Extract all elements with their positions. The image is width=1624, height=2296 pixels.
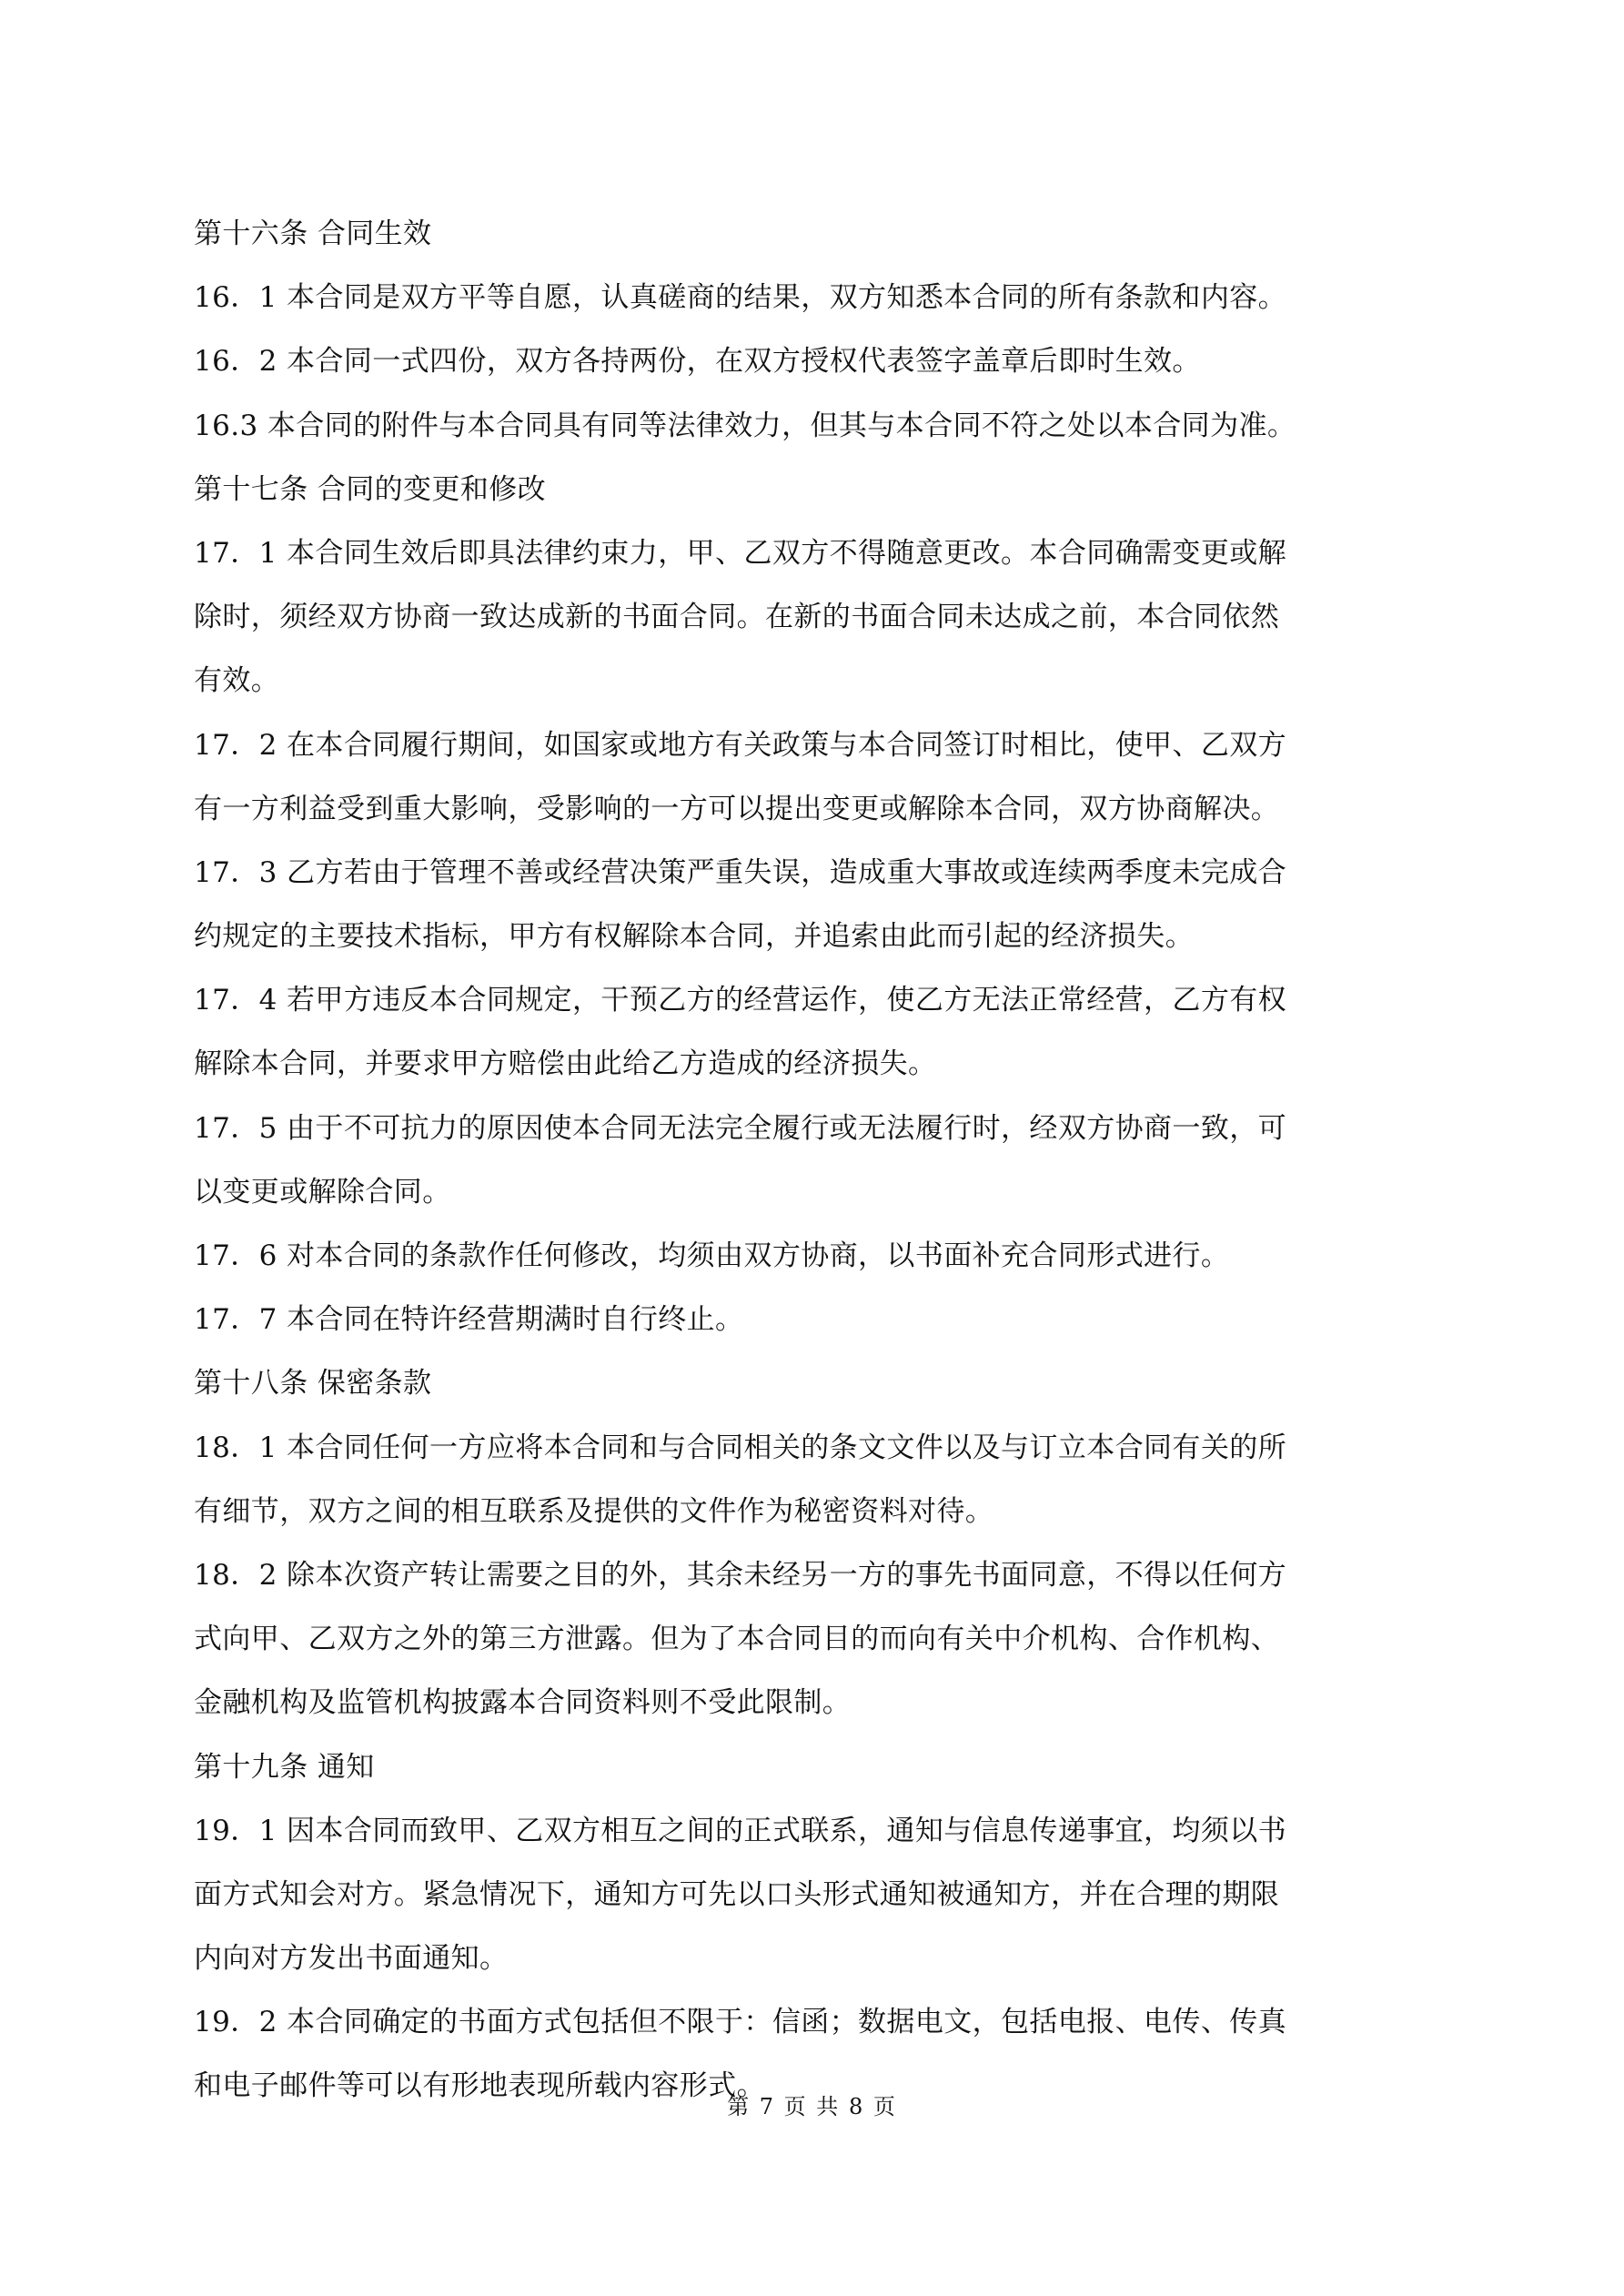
clause-17-1: 17．1 本合同生效后即具法律约束力，甲、乙双方不得随意更改。本合同确需变更或解 (194, 521, 1440, 585)
clause-17-1-cont-1: 除时，须经双方协商一致达成新的书面合同。在新的书面合同未达成之前，本合同依然 (194, 585, 1440, 649)
clause-18-2: 18．2 除本次资产转让需要之目的外，其余未经另一方的事先书面同意，不得以任何方 (194, 1543, 1440, 1607)
document-page: 第十六条 合同生效 16．1 本合同是双方平等自愿，认真磋商的结果，双方知悉本合… (0, 0, 1624, 2296)
article-18-heading: 第十八条 保密条款 (194, 1351, 1440, 1415)
clause-19-2: 19．2 本合同确定的书面方式包括但不限于：信函；数据电文，包括电报、电传、传真 (194, 1990, 1440, 2054)
clause-19-1: 19．1 因本合同而致甲、乙双方相互之间的正式联系，通知与信息传递事宜，均须以书 (194, 1799, 1440, 1863)
clause-17-7: 17．7 本合同在特许经营期满时自行终止。 (194, 1288, 1440, 1351)
clause-17-4: 17．4 若甲方违反本合同规定，干预乙方的经营运作，使乙方无法正常经营，乙方有权 (194, 968, 1440, 1032)
clause-18-1-cont: 有细节，双方之间的相互联系及提供的文件作为秘密资料对待。 (194, 1480, 1440, 1543)
clause-17-5: 17．5 由于不可抗力的原因使本合同无法完全履行或无法履行时，经双方协商一致，可 (194, 1097, 1440, 1160)
clause-16-2: 16．2 本合同一式四份，双方各持两份，在双方授权代表签字盖章后即时生效。 (194, 329, 1440, 393)
clause-17-4-cont: 解除本合同，并要求甲方赔偿由此给乙方造成的经济损失。 (194, 1032, 1440, 1096)
document-body: 第十六条 合同生效 16．1 本合同是双方平等自愿，认真磋商的结果，双方知悉本合… (194, 202, 1440, 2119)
clause-17-6: 17．6 对本合同的条款作任何修改，均须由双方协商，以书面补充合同形式进行。 (194, 1224, 1440, 1288)
page-number-footer: 第 7 页 共 8 页 (0, 2089, 1624, 2125)
clause-18-2-cont-2: 金融机构及监管机构披露本合同资料则不受此限制。 (194, 1671, 1440, 1735)
clause-18-2-cont-1: 式向甲、乙双方之外的第三方泄露。但为了本合同目的而向有关中介机构、合作机构、 (194, 1607, 1440, 1671)
clause-19-1-cont-1: 面方式知会对方。紧急情况下，通知方可先以口头形式通知被通知方，并在合理的期限 (194, 1863, 1440, 1927)
clause-18-1: 18．1 本合同任何一方应将本合同和与合同相关的条文文件以及与订立本合同有关的所 (194, 1416, 1440, 1480)
clause-17-2-cont: 有一方利益受到重大影响，受影响的一方可以提出变更或解除本合同，双方协商解决。 (194, 777, 1440, 841)
clause-16-1: 16．1 本合同是双方平等自愿，认真磋商的结果，双方知悉本合同的所有条款和内容。 (194, 266, 1440, 329)
clause-16-3: 16.3 本合同的附件与本合同具有同等法律效力，但其与本合同不符之处以本合同为准… (194, 394, 1440, 458)
article-16-heading: 第十六条 合同生效 (194, 202, 1440, 266)
clause-17-3-cont: 约规定的主要技术指标，甲方有权解除本合同，并追索由此而引起的经济损失。 (194, 905, 1440, 968)
clause-19-1-cont-2: 内向对方发出书面通知。 (194, 1927, 1440, 1990)
clause-17-5-cont: 以变更或解除合同。 (194, 1160, 1440, 1224)
clause-17-2: 17．2 在本合同履行期间，如国家或地方有关政策与本合同签订时相比，使甲、乙双方 (194, 713, 1440, 777)
clause-17-1-cont-2: 有效。 (194, 649, 1440, 713)
article-17-heading: 第十七条 合同的变更和修改 (194, 458, 1440, 521)
article-19-heading: 第十九条 通知 (194, 1735, 1440, 1799)
clause-17-3: 17．3 乙方若由于管理不善或经营决策严重失误，造成重大事故或连续两季度未完成合 (194, 841, 1440, 905)
